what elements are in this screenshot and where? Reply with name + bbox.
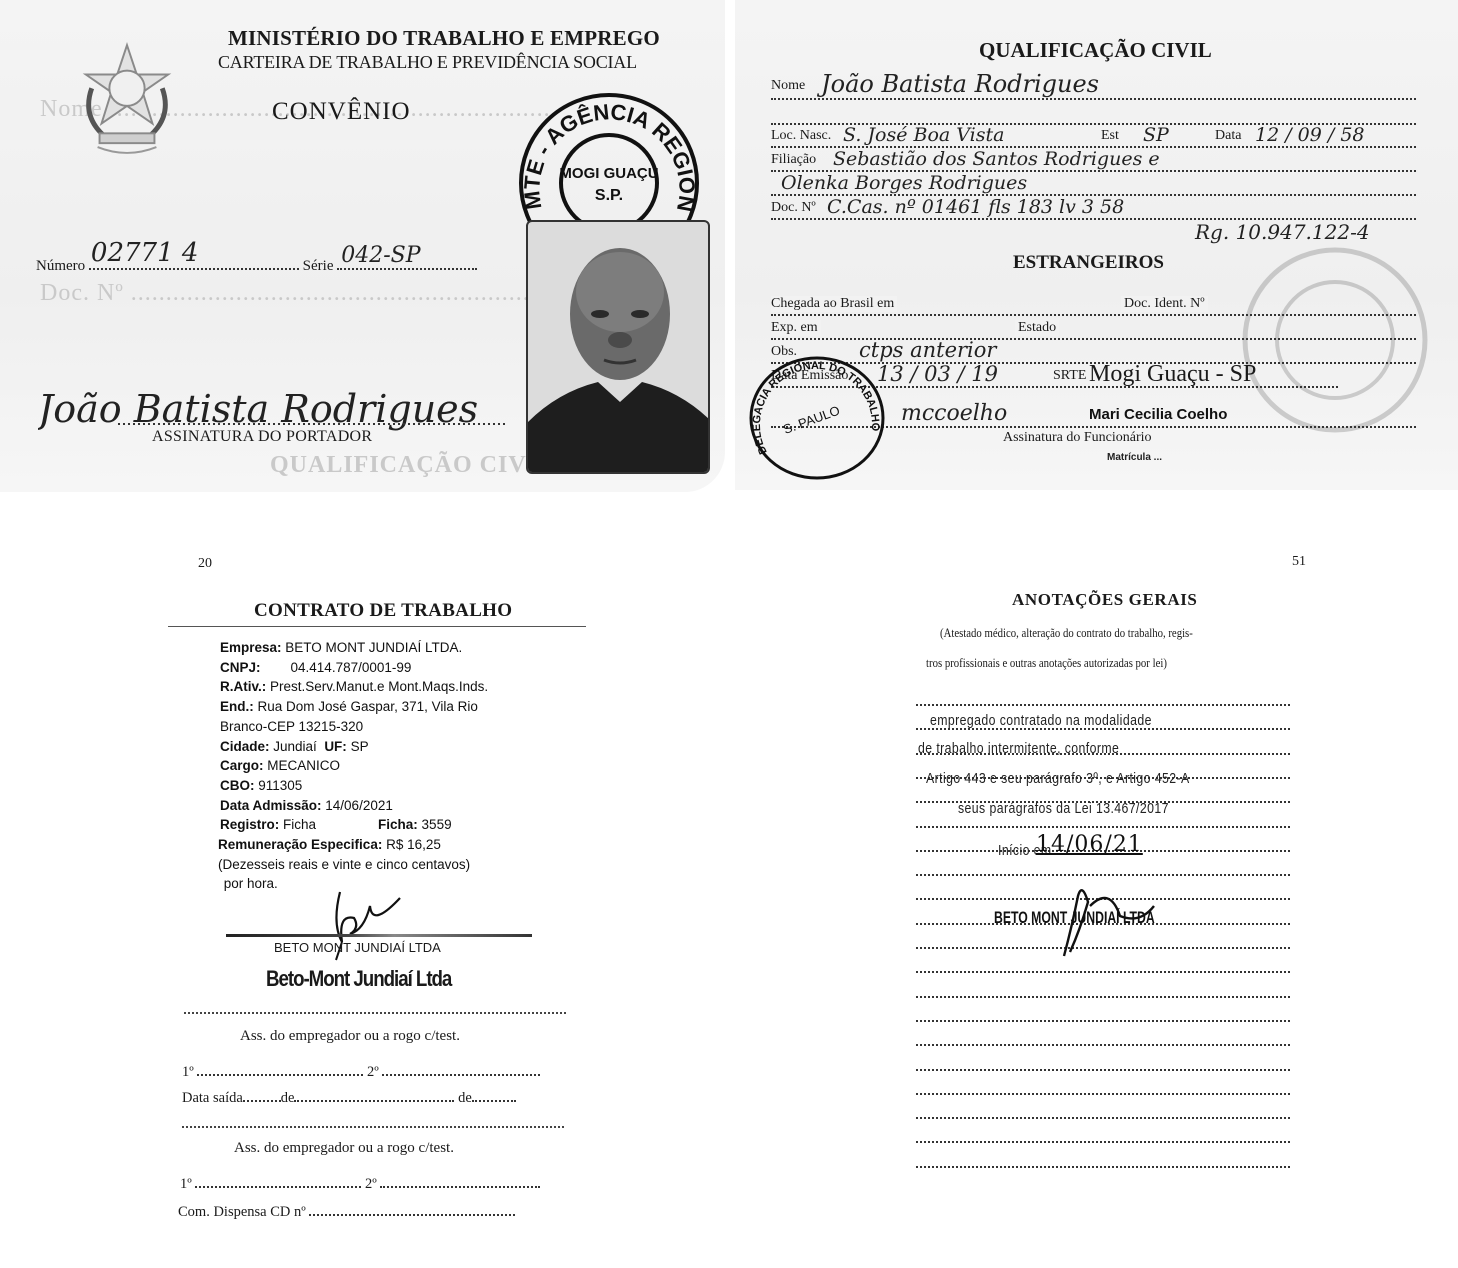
nome-row-2: [771, 103, 1416, 125]
qualificacao-civil-page: QUALIFICAÇÃO CIVIL Nome João Batista Rod…: [735, 0, 1458, 490]
stamp-inner-line2: S.P.: [595, 187, 623, 204]
loc-nasc-value: S. José Boa Vista: [843, 124, 1004, 146]
contrato-field: Cidade: Jundiaí UF: SP: [220, 737, 488, 757]
contrato-stamp-block: Empresa: BETO MONT JUNDIAÍ LTDA.CNPJ: 04…: [220, 638, 488, 894]
numero-label: Número: [36, 258, 85, 274]
funcionario-label: Assinatura do Funcionário: [1003, 430, 1152, 446]
doc-value: C.Cas. nº 01461 fls 183 lv 3 58: [827, 196, 1124, 218]
anotacao-line-2: de trabalho intermitente, conforme: [918, 740, 1119, 757]
signature-line: [226, 934, 532, 937]
dotted-line: [184, 1012, 566, 1014]
portador-signature: João Batista Rodrigues: [38, 380, 508, 470]
show-through-text: Doc. Nº ................................…: [40, 280, 565, 307]
est-label: Est: [1101, 128, 1119, 144]
ruled-line: [916, 1093, 1290, 1095]
contrato-field: R.Ativ.: Prest.Serv.Manut.e Mont.Maqs.In…: [220, 677, 488, 697]
chegada-row: Chegada ao Brasil em Doc. Ident. Nº: [771, 294, 1416, 316]
srte-label: SRTE: [1053, 368, 1086, 384]
anotacao-line-3: Artigo 443 e seu parágrafo 3º, e Artigo …: [926, 770, 1190, 787]
ministry-title: MINISTÉRIO DO TRABALHO E EMPREGO: [228, 26, 660, 51]
serie-label: Série: [303, 258, 334, 274]
nome-row: Nome João Batista Rodrigues: [771, 78, 1416, 100]
card-title: CARTEIRA DE TRABALHO E PREVIDÊNCIA SOCIA…: [218, 52, 637, 73]
stamp-inner-line1: MOGI GUAÇU: [559, 165, 658, 182]
dotted-line: [182, 1126, 564, 1128]
company-stamp: Beto-Mont Jundiaí Ltda: [266, 966, 451, 992]
contrato-field: Empresa: BETO MONT JUNDIAÍ LTDA.: [220, 638, 488, 658]
contrato-field: CNPJ: 04.414.787/0001-99: [220, 658, 488, 678]
doc-label: Doc. Nº: [771, 200, 816, 216]
data-nasc-value: 12 / 09 / 58: [1255, 124, 1365, 146]
title-rule: [168, 626, 586, 627]
funcionario-name-stamp: Mari Cecilia Coelho: [1089, 406, 1227, 423]
exp-label: Exp. em: [771, 320, 821, 336]
contrato-field: Branco-CEP 13215-320: [220, 717, 488, 737]
loc-nasc-label: Loc. Nasc.: [771, 128, 831, 144]
ruled-line: [916, 971, 1290, 973]
doc-ident-label: Doc. Ident. Nº: [1121, 296, 1208, 312]
numero-value: 02771 4: [91, 238, 199, 268]
anotacoes-subtitle-2: tros profissionais e outras anotações au…: [926, 656, 1167, 671]
est-value: SP: [1143, 124, 1169, 146]
funcionario-signature: mccoelho: [901, 401, 1007, 426]
inicio-date: 14/06/21: [1036, 832, 1143, 857]
data-emissao-value: 13 / 03 / 19: [877, 362, 998, 386]
ruled-line: [916, 704, 1290, 706]
serie-value: 042-SP: [341, 243, 420, 268]
testemunhas-row-2: 1º 2º: [180, 1176, 540, 1193]
contrato-field: End.: Rua Dom José Gaspar, 371, Vila Rio: [220, 697, 488, 717]
filiacao-line2: Olenka Borges Rodrigues: [781, 172, 1027, 194]
filiacao-label: Filiação: [771, 152, 816, 168]
ruled-line: [916, 1020, 1290, 1022]
data-nasc-label: Data: [1215, 128, 1241, 144]
rg-value: Rg. 10.947.122-4: [1195, 220, 1370, 244]
exp-row: Exp. em Estado: [771, 318, 1416, 340]
anotacoes-subtitle-1: (Atestado médico, alteração do contrato …: [940, 626, 1193, 641]
stamp2-inner-text: S. PAULO: [781, 403, 842, 437]
contrato-field: Data Admissão: 14/06/2021: [220, 796, 488, 816]
delegacia-regional-stamp: DELEGACIA REGIONAL DO TRABALHO S. PAULO: [745, 352, 890, 482]
chegada-label: Chegada ao Brasil em: [771, 296, 897, 312]
contrato-field: Remuneração Especifica: R$ 16,25: [218, 835, 488, 855]
data-saida-row: Data saídade de: [182, 1090, 516, 1107]
com-dispensa-row: Com. Dispensa CD nº: [178, 1204, 515, 1221]
ruled-line: [916, 1166, 1290, 1168]
nascimento-row: Loc. Nasc. S. José Boa Vista Est SP Data…: [771, 126, 1416, 148]
page-number-right: 51: [1292, 554, 1306, 570]
ruled-line: [916, 1069, 1290, 1071]
anotacao-line-1: empregado contratado na modalidade: [930, 712, 1152, 729]
contrato-title: CONTRATO DE TRABALHO: [254, 600, 512, 622]
person-portrait-icon: [528, 222, 710, 474]
contrato-field: CBO: 911305: [220, 776, 488, 796]
ruled-line: [916, 1117, 1290, 1119]
estado-label: Estado: [1015, 320, 1059, 336]
contrato-field: Registro: FichaFicha: 3559: [220, 815, 488, 835]
ruled-line: [916, 1044, 1290, 1046]
qualificacao-title: QUALIFICAÇÃO CIVIL: [979, 38, 1212, 63]
signature-label: ASSINATURA DO PORTADOR: [152, 428, 372, 446]
filiacao-row: Filiação Sebastião dos Santos Rodrigues …: [771, 150, 1416, 172]
ruled-line: [916, 1141, 1290, 1143]
doc-row: Doc. Nº C.Cas. nº 01461 fls 183 lv 3 58: [771, 198, 1416, 220]
convenio-label: CONVÊNIO: [272, 98, 411, 126]
funcionario-extra: Matrícula ...: [1107, 452, 1162, 463]
nome-label: Nome: [771, 78, 805, 93]
brasao-republica-icon: [78, 36, 176, 166]
testemunhas-row-1: 1º 2º: [182, 1064, 540, 1081]
anotacoes-title: ANOTAÇÕES GERAIS: [1012, 590, 1197, 610]
estrangeiros-title: ESTRANGEIROS: [1013, 252, 1164, 274]
srte-value: Mogi Guaçu - SP: [1089, 361, 1256, 388]
ctps-cover-page: Nome ...................................…: [0, 0, 725, 492]
portrait-photo: [526, 220, 710, 474]
anotacoes-company: BETO MONT JUNDIAÍ LTDA: [994, 908, 1155, 928]
page-number-left: 20: [198, 556, 212, 572]
contrato-field: (Dezesseis reais e vinte e cinco centavo…: [218, 855, 488, 875]
numero-field: Número 02771 4 Série 042-SP: [36, 254, 477, 275]
filiacao-line1: Sebastião dos Santos Rodrigues e: [833, 148, 1160, 170]
anotacao-line-4: seus parágrafos da Lei 13.467/2017: [958, 800, 1169, 817]
ruled-line: [916, 826, 1290, 828]
filiacao-row-2: Olenka Borges Rodrigues: [771, 174, 1416, 196]
company-print: BETO MONT JUNDIAÍ LTDA: [274, 940, 441, 955]
ruled-line: [916, 996, 1290, 998]
ass-empregador-caption: Ass. do empregador ou a rogo c/test.: [240, 1028, 460, 1045]
nome-value: João Batista Rodrigues: [821, 70, 1099, 98]
contrato-field: Cargo: MECANICO: [220, 756, 488, 776]
ass-empregador-caption-2: Ass. do empregador ou a rogo c/test.: [234, 1140, 454, 1157]
